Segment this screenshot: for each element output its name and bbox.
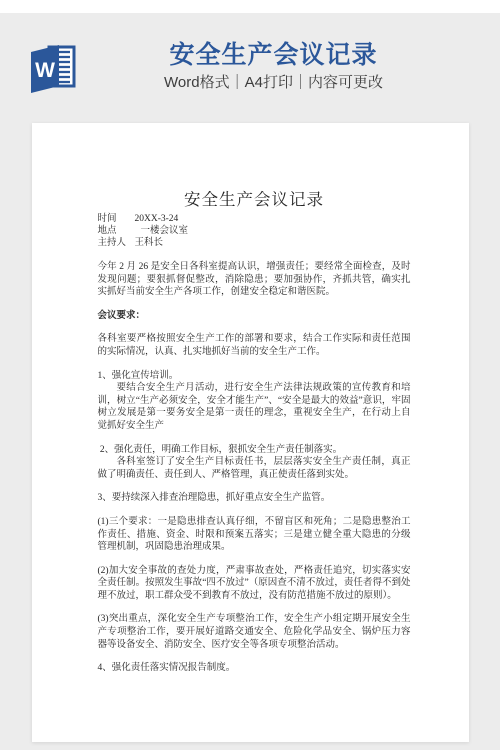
meta-row-location: 地点 一楼会议室: [98, 225, 411, 237]
document-page: 安全生产会议记录 时间 20XX-3-24 地点 一楼会议室 主持人 王科长 今…: [32, 123, 469, 742]
meta-label-time: 时间: [98, 213, 135, 225]
meta-label-location: 地点: [98, 225, 135, 237]
item-3-heading: 3、要持续深入排查治理隐患，抓好重点安全生产监管。: [98, 492, 411, 505]
meta-row-time: 时间 20XX-3-24: [98, 213, 411, 225]
header-text-block: 安全生产会议记录 Word格式｜A4打印｜内容可更改: [77, 40, 478, 93]
document-body: 今年 2 月 26 是安全日各科室提高认识，增强责任；要经常全面检查，及时发现问…: [98, 261, 411, 675]
page-subtitle: Word格式｜A4打印｜内容可更改: [77, 72, 470, 93]
item-3-sub-1: (1)三个要求：一是隐患排查认真仔细，不留盲区和死角；二是隐患整治工作责任、措施…: [98, 516, 411, 554]
word-icon-letter: W: [35, 59, 55, 82]
meeting-requirements-heading: 会议要求：: [98, 310, 411, 323]
top-strip: [0, 0, 500, 13]
meta-value-location: 一楼会议室: [135, 225, 189, 237]
item-1-body: 要结合安全生产月活动，进行安全生产法律法规政策的宣传教育和培训，树立“生产必须安…: [98, 382, 411, 432]
item-2-body: 各科室签订了安全生产目标责任书，层层落实安全生产责任制，真正做了明确责任、责任到…: [98, 456, 411, 481]
document-title: 安全生产会议记录: [98, 190, 411, 210]
item-1-heading: 1、强化宣传培训。: [98, 370, 411, 383]
meta-row-host: 主持人 王科长: [98, 237, 411, 249]
requirements-paragraph: 各科室要严格按照安全生产工作的部署和要求，结合工作实际和责任范围的实际情况，认真…: [98, 333, 411, 358]
item-3-sub-3: (3)突出重点，深化安全生产专项整治工作，安全生产小组定期开展安全生产专项整治工…: [98, 613, 411, 651]
meta-block: 时间 20XX-3-24 地点 一楼会议室 主持人 王科长: [98, 213, 411, 249]
meta-value-time: 20XX-3-24: [135, 213, 179, 225]
header: W 安全生产会议记录 Word格式｜A4打印｜内容可更改: [0, 13, 500, 93]
page-title: 安全生产会议记录: [77, 40, 470, 70]
meta-value-host: 王科长: [135, 237, 164, 249]
item-2-heading: 2、强化责任，明确工作目标，狠抓安全生产责任制落实。: [98, 444, 411, 457]
word-icon-graphic: W: [31, 39, 77, 93]
word-logo-icon: W: [31, 39, 77, 93]
intro-paragraph: 今年 2 月 26 是安全日各科室提高认识，增强责任；要经常全面检查，及时发现问…: [98, 261, 411, 299]
item-4-heading: 4、强化责任落实情况报告制度。: [98, 662, 411, 675]
meta-label-host: 主持人: [98, 237, 135, 249]
item-3-sub-2: (2)加大安全事故的查处力度，严肃事故查处，严格责任追究，切实落实安全责任制。按…: [98, 565, 411, 603]
